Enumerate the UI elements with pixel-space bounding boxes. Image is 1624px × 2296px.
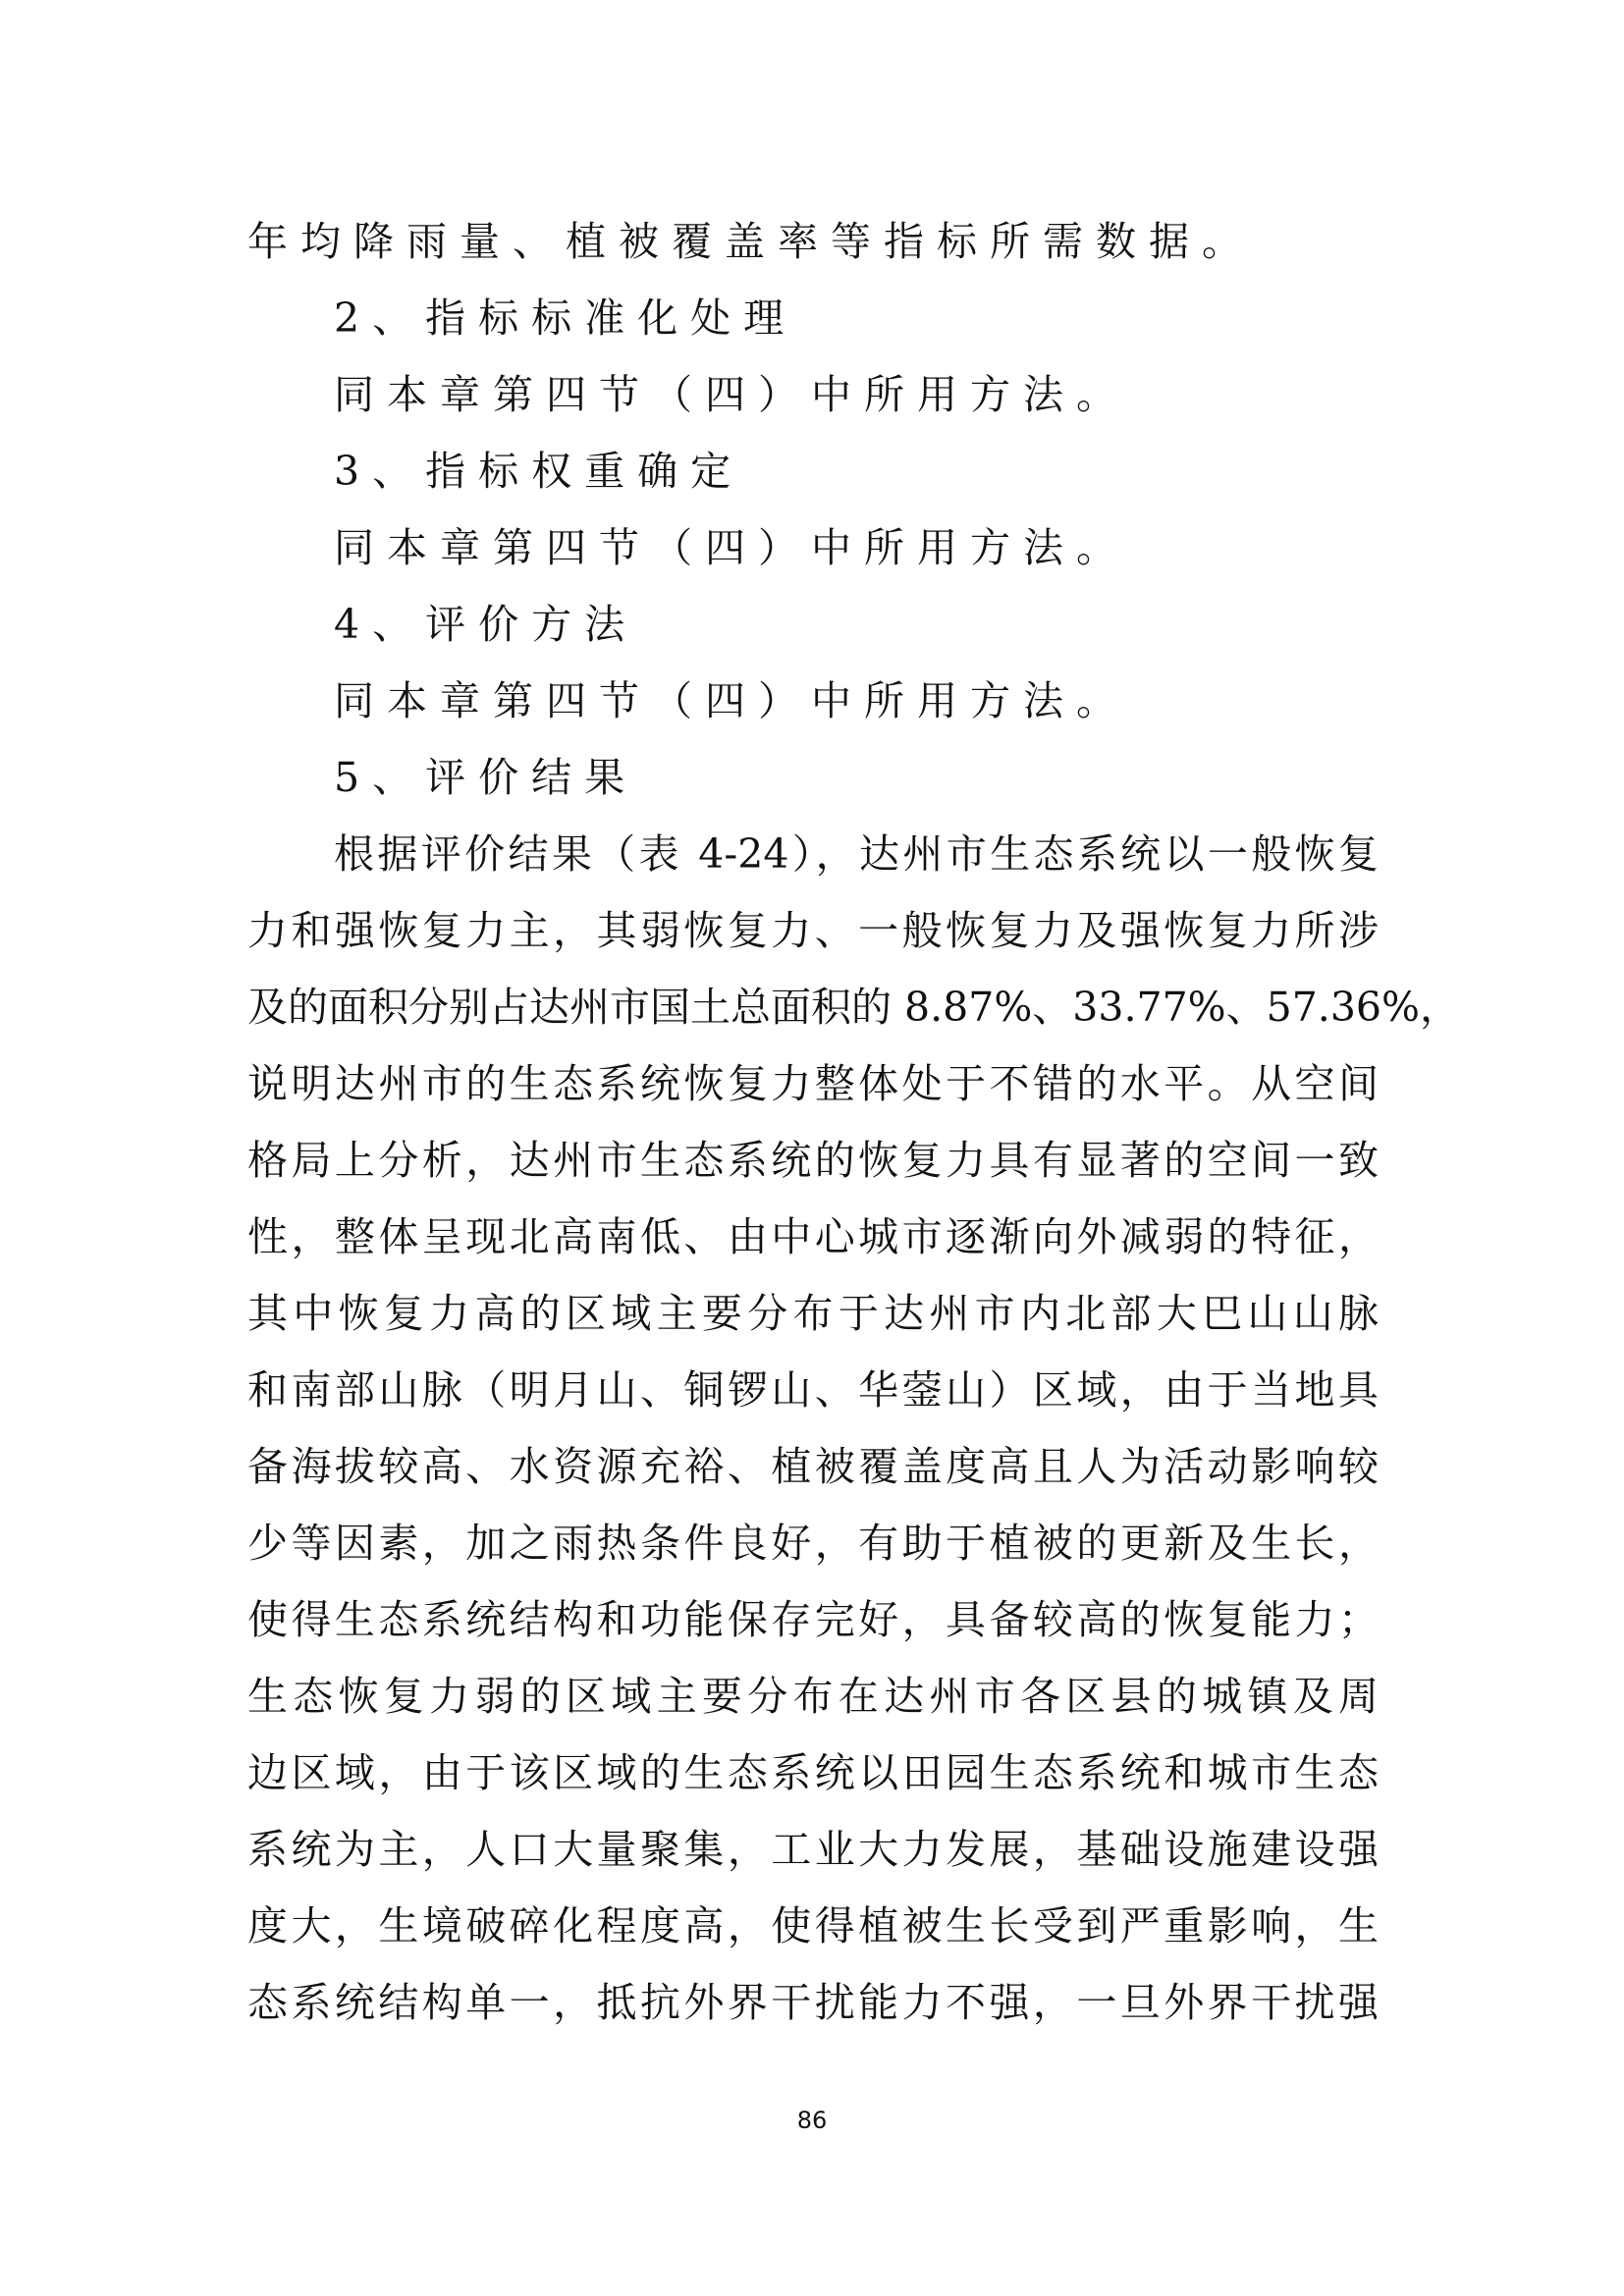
results-paragraph-line: 及的面积分别占达州市国土总面积的 8.87%、33.77%、57.36%， bbox=[247, 975, 1379, 1051]
results-paragraph-line: 态系统结构单一，抵抗外界干扰能力不强，一旦外界干扰强 bbox=[247, 1970, 1379, 2047]
results-paragraph-line: 少等因素，加之雨热条件良好，有助于植被的更新及生长， bbox=[247, 1511, 1379, 1587]
results-paragraph-line: 格局上分析，达州市生态系统的恢复力具有显著的空间一致 bbox=[247, 1128, 1379, 1204]
results-paragraph-line: 说明达州市的生态系统恢复力整体处于不错的水平。从空间 bbox=[247, 1051, 1379, 1128]
results-paragraph-line: 备海拔较高、水资源充裕、植被覆盖度高且人为活动影响较 bbox=[247, 1434, 1379, 1511]
results-paragraph-line: 系统为主，人口大量聚集，工业大力发展，基础设施建设强 bbox=[247, 1817, 1379, 1894]
method-reference-line: 同本章第四节（四）中所用方法。 bbox=[247, 668, 1379, 745]
method-reference-line: 同本章第四节（四）中所用方法。 bbox=[247, 362, 1379, 439]
paragraph-continuation-line: 年均降雨量、植被覆盖率等指标所需数据。 bbox=[247, 209, 1379, 286]
document-body: 年均降雨量、植被覆盖率等指标所需数据。 2、指标标准化处理 同本章第四节（四）中… bbox=[247, 209, 1379, 2047]
results-paragraph-line: 力和强恢复力主，其弱恢复力、一般恢复力及强恢复力所涉 bbox=[247, 898, 1379, 975]
section-heading-evaluation-method: 4、评价方法 bbox=[247, 592, 1379, 668]
results-paragraph-line: 使得生态系统结构和功能保存完好，具备较高的恢复能力； bbox=[247, 1587, 1379, 1664]
section-heading-standardization: 2、指标标准化处理 bbox=[247, 286, 1379, 362]
results-paragraph-line: 生态恢复力弱的区域主要分布在达州市各区县的城镇及周 bbox=[247, 1664, 1379, 1740]
results-paragraph-line: 和南部山脉（明月山、铜锣山、华蓥山）区域，由于当地具 bbox=[247, 1358, 1379, 1434]
page-number: 86 bbox=[0, 2107, 1624, 2134]
results-paragraph-line: 边区域，由于该区域的生态系统以田园生态系统和城市生态 bbox=[247, 1740, 1379, 1817]
section-heading-evaluation-results: 5、评价结果 bbox=[247, 745, 1379, 822]
section-heading-weighting: 3、指标权重确定 bbox=[247, 439, 1379, 515]
results-paragraph-line: 根据评价结果（表 4-24），达州市生态系统以一般恢复 bbox=[247, 822, 1379, 898]
results-paragraph-line: 性，整体呈现北高南低、由中心城市逐渐向外减弱的特征， bbox=[247, 1204, 1379, 1281]
method-reference-line: 同本章第四节（四）中所用方法。 bbox=[247, 515, 1379, 592]
results-paragraph-line: 其中恢复力高的区域主要分布于达州市内北部大巴山山脉 bbox=[247, 1281, 1379, 1358]
results-paragraph-line: 度大，生境破碎化程度高，使得植被生长受到严重影响，生 bbox=[247, 1894, 1379, 1970]
